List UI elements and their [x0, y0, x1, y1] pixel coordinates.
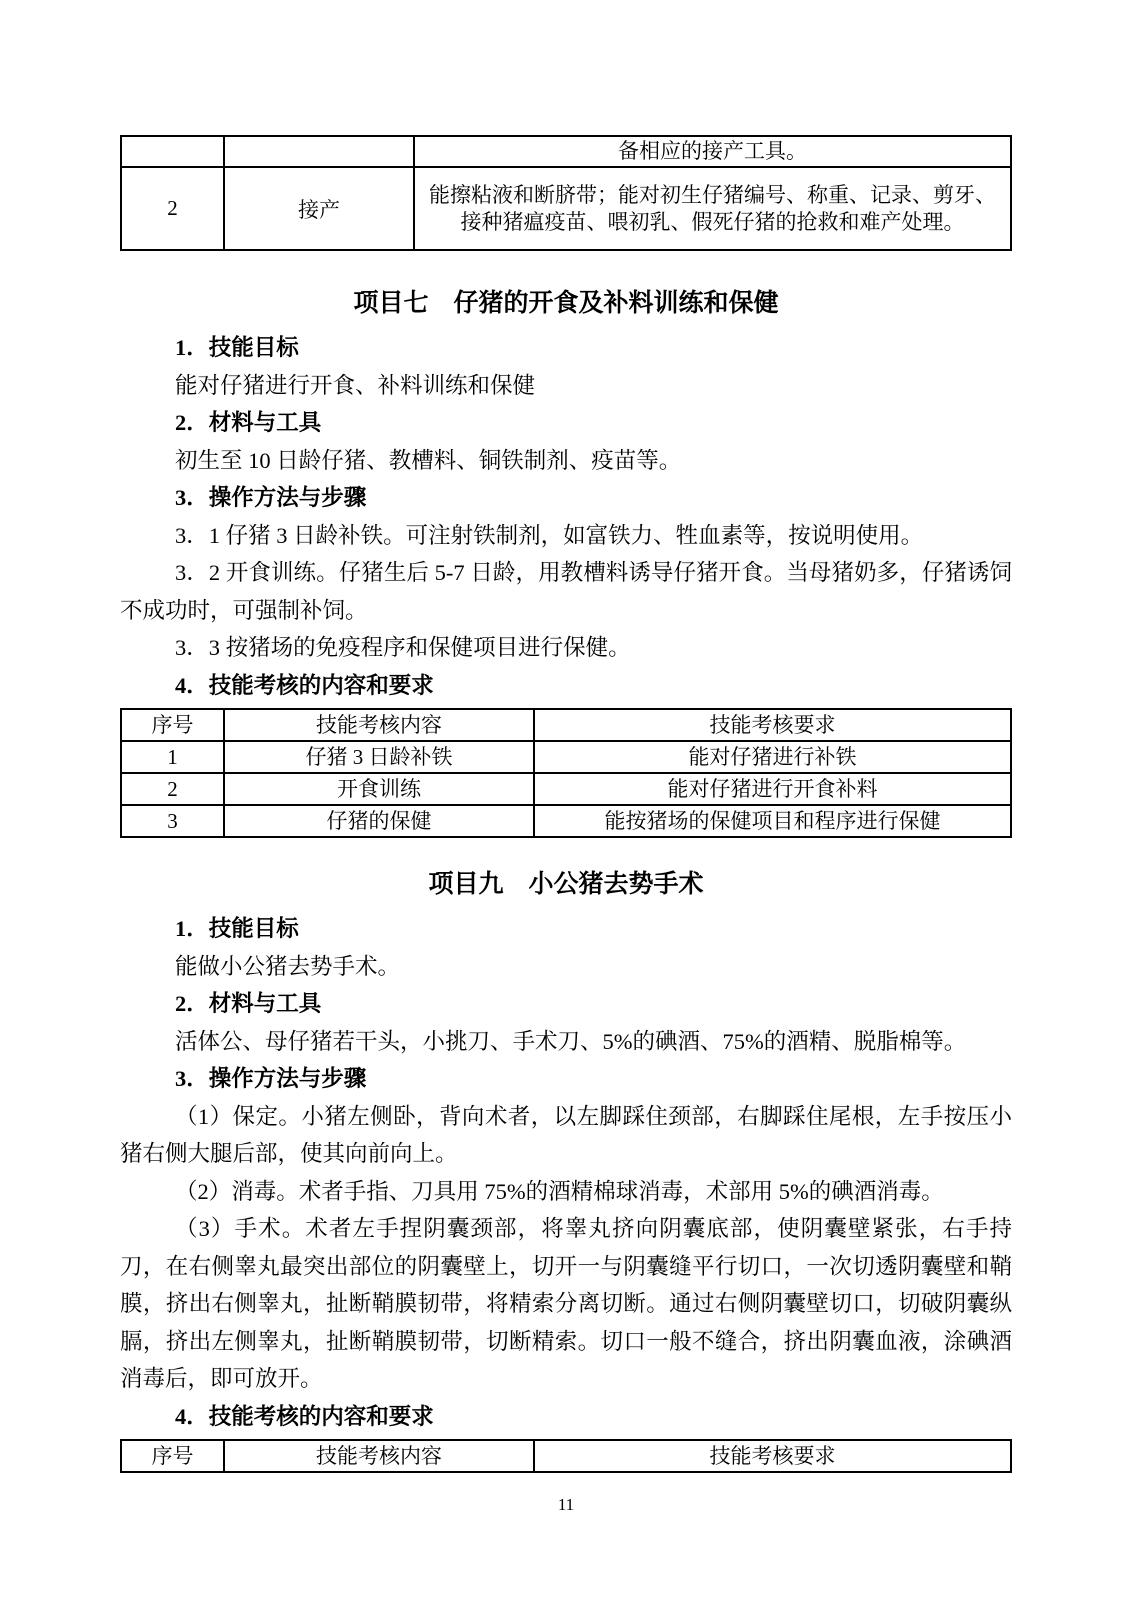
section9-assessment-table: 序号 技能考核内容 技能考核要求	[120, 1439, 1012, 1473]
table-cell: 仔猪 3 日龄补铁	[224, 741, 534, 773]
table-row: 2 接产 能擦粘液和断脐带；能对初生仔猪编号、称重、记录、剪牙、接种猪瘟疫苗、喂…	[121, 167, 1011, 250]
table-cell: 仔猪的保健	[224, 805, 534, 837]
table-cell: 2	[121, 773, 224, 805]
section7-materials-heading: 2．材料与工具	[120, 404, 1012, 442]
section9-method-heading: 3．操作方法与步骤	[120, 1060, 1012, 1098]
section9-step1: （1）保定。小猪左侧卧，背向术者，以左脚踩住颈部，右脚踩住尾根，左手按压小猪右侧…	[120, 1098, 1012, 1173]
section7-step3: 3．3 按猪场的免疫程序和保健项目进行保健。	[120, 629, 1012, 667]
page-content: 备相应的接产工具。 2 接产 能擦粘液和断脐带；能对初生仔猪编号、称重、记录、剪…	[120, 135, 1012, 1515]
section7-assessment-heading: 4．技能考核的内容和要求	[120, 667, 1012, 705]
section9-title: 项目九 小公猪去势手术	[120, 868, 1012, 902]
table-cell: 备相应的接产工具。	[414, 136, 1011, 167]
section7-materials-text: 初生至 10 日龄仔猪、教槽料、铜铁制剂、疫苗等。	[120, 442, 1012, 480]
header-cell: 序号	[121, 709, 224, 741]
section9-step3: （3）手术。术者左手捏阴囊颈部，将睾丸挤向阴囊底部，使阴囊壁紧张，右手持刀，在右…	[120, 1210, 1012, 1398]
section7-goal-heading: 1．技能目标	[120, 329, 1012, 367]
table-cell	[121, 136, 224, 167]
section7-step1: 3．1 仔猪 3 日龄补铁。可注射铁制剂，如富铁力、牲血素等，按说明使用。	[120, 517, 1012, 555]
section7-step2: 3．2 开食训练。仔猪生后 5-7 日龄，用教槽料诱导仔猪开食。当母猪奶多，仔猪…	[120, 554, 1012, 629]
table-cell: 接产	[224, 167, 414, 250]
header-cell: 技能考核内容	[224, 1440, 534, 1472]
table-header-row: 序号 技能考核内容 技能考核要求	[121, 709, 1011, 741]
section9-step2: （2）消毒。术者手指、刀具用 75%的酒精棉球消毒，术部用 5%的碘酒消毒。	[120, 1173, 1012, 1211]
section9-materials-text: 活体公、母仔猪若干头，小挑刀、手术刀、5%的碘酒、75%的酒精、脱脂棉等。	[120, 1023, 1012, 1061]
section9-goal-heading: 1．技能目标	[120, 910, 1012, 948]
table-row: 3 仔猪的保健 能按猪场的保健项目和程序进行保健	[121, 805, 1011, 837]
section7-assessment-table: 序号 技能考核内容 技能考核要求 1 仔猪 3 日龄补铁 能对仔猪进行补铁 2 …	[120, 708, 1012, 838]
table-cell: 能擦粘液和断脐带；能对初生仔猪编号、称重、记录、剪牙、接种猪瘟疫苗、喂初乳、假死…	[414, 167, 1011, 250]
table-cell: 2	[121, 167, 224, 250]
header-cell: 技能考核要求	[534, 1440, 1011, 1472]
table-cell: 能按猪场的保健项目和程序进行保健	[534, 805, 1011, 837]
document-page: 备相应的接产工具。 2 接产 能擦粘液和断脐带；能对初生仔猪编号、称重、记录、剪…	[0, 0, 1131, 1600]
section9-assessment-heading: 4．技能考核的内容和要求	[120, 1398, 1012, 1436]
header-cell: 序号	[121, 1440, 224, 1472]
section7-title: 项目七 仔猪的开食及补料训练和保健	[120, 287, 1012, 321]
header-cell: 技能考核内容	[224, 709, 534, 741]
table-cell: 能对仔猪进行开食补料	[534, 773, 1011, 805]
table-row: 2 开食训练 能对仔猪进行开食补料	[121, 773, 1011, 805]
section9-materials-heading: 2．材料与工具	[120, 985, 1012, 1023]
section7-assessment-table-wrap: 序号 技能考核内容 技能考核要求 1 仔猪 3 日龄补铁 能对仔猪进行补铁 2 …	[120, 708, 1012, 838]
section7-goal-text: 能对仔猪进行开食、补料训练和保健	[120, 367, 1012, 405]
table-row: 1 仔猪 3 日龄补铁 能对仔猪进行补铁	[121, 741, 1011, 773]
section9-assessment-table-wrap: 序号 技能考核内容 技能考核要求	[120, 1439, 1012, 1473]
carryover-table: 备相应的接产工具。 2 接产 能擦粘液和断脐带；能对初生仔猪编号、称重、记录、剪…	[120, 135, 1012, 251]
table-cell: 1	[121, 741, 224, 773]
table-row: 备相应的接产工具。	[121, 136, 1011, 167]
table-cell	[224, 136, 414, 167]
section9-goal-text: 能做小公猪去势手术。	[120, 948, 1012, 986]
page-number: 11	[120, 1495, 1012, 1515]
table-cell: 3	[121, 805, 224, 837]
table-cell: 开食训练	[224, 773, 534, 805]
header-cell: 技能考核要求	[534, 709, 1011, 741]
section7-method-heading: 3．操作方法与步骤	[120, 479, 1012, 517]
table-header-row: 序号 技能考核内容 技能考核要求	[121, 1440, 1011, 1472]
table-cell: 能对仔猪进行补铁	[534, 741, 1011, 773]
